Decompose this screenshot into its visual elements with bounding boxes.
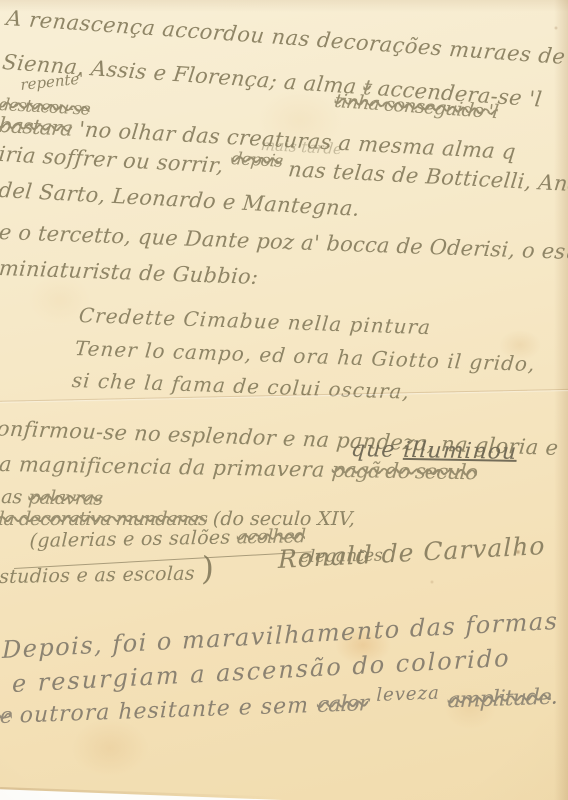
line-miniaturista: miniaturista de Gubbio:	[0, 256, 259, 289]
handwriting-segment: bastara	[0, 113, 73, 141]
handwriting-segment: Credette Cimabue nella pintura	[78, 303, 432, 339]
handwriting-segment: studios e as escolas	[0, 562, 202, 588]
line-studios: studios e as escolas )	[0, 549, 215, 591]
line-galerias: (galerias e os salões acolhed	[29, 525, 305, 552]
handwriting-segment: miniaturista de Gubbio:	[0, 256, 259, 289]
handwriting-segment: nas telas de Botticelli, Andrea	[280, 157, 568, 199]
handwriting-segment: )	[201, 549, 215, 587]
handwriting-segment: (galerias e os salões	[29, 526, 237, 552]
handwriting-segment: que	[350, 437, 404, 463]
handwriting-segment: illuminou	[403, 438, 518, 465]
handwriting-segment: amplitude	[447, 685, 551, 714]
handwriting-segment: e	[0, 704, 12, 729]
handwriting-segment: a magnificencia da primavera	[0, 452, 333, 482]
manuscript-page: A renascença accordou nas decorações mur…	[0, 0, 568, 800]
handwriting-segment: Ronald de Carvalho	[278, 531, 545, 574]
handwriting-segment: .	[551, 684, 559, 709]
paper-edge-shadow	[0, 787, 280, 800]
handwriting-segment: calor	[317, 691, 369, 718]
handwriting-segment: si che la fama de colui oscura,	[71, 368, 411, 404]
handwriting-segment: palavras	[28, 486, 103, 509]
handwriting-segment	[368, 691, 376, 716]
handwriting-segment: as	[0, 486, 29, 508]
signature-ronald-de-carvalho: Ronald de Carvalho	[278, 531, 545, 574]
paper-edge-white-wedge	[0, 785, 282, 800]
line-del-sarto: del Sarto, Leonardo e Mantegna.	[0, 178, 361, 221]
insert-que-illuminou: que illuminou	[350, 437, 518, 465]
line-as-scribble: as palavras	[0, 486, 102, 510]
verse-credette: Credette Cimabue nella pintura	[78, 303, 432, 339]
handwriting-segment: leveza	[376, 683, 440, 706]
handwriting-segment: outrora hesitante e sem	[12, 693, 318, 729]
handwriting-segment: del Sarto, Leonardo e Mantegna.	[0, 178, 361, 221]
verse-si-che: si che la fama de colui oscura,	[71, 368, 411, 404]
